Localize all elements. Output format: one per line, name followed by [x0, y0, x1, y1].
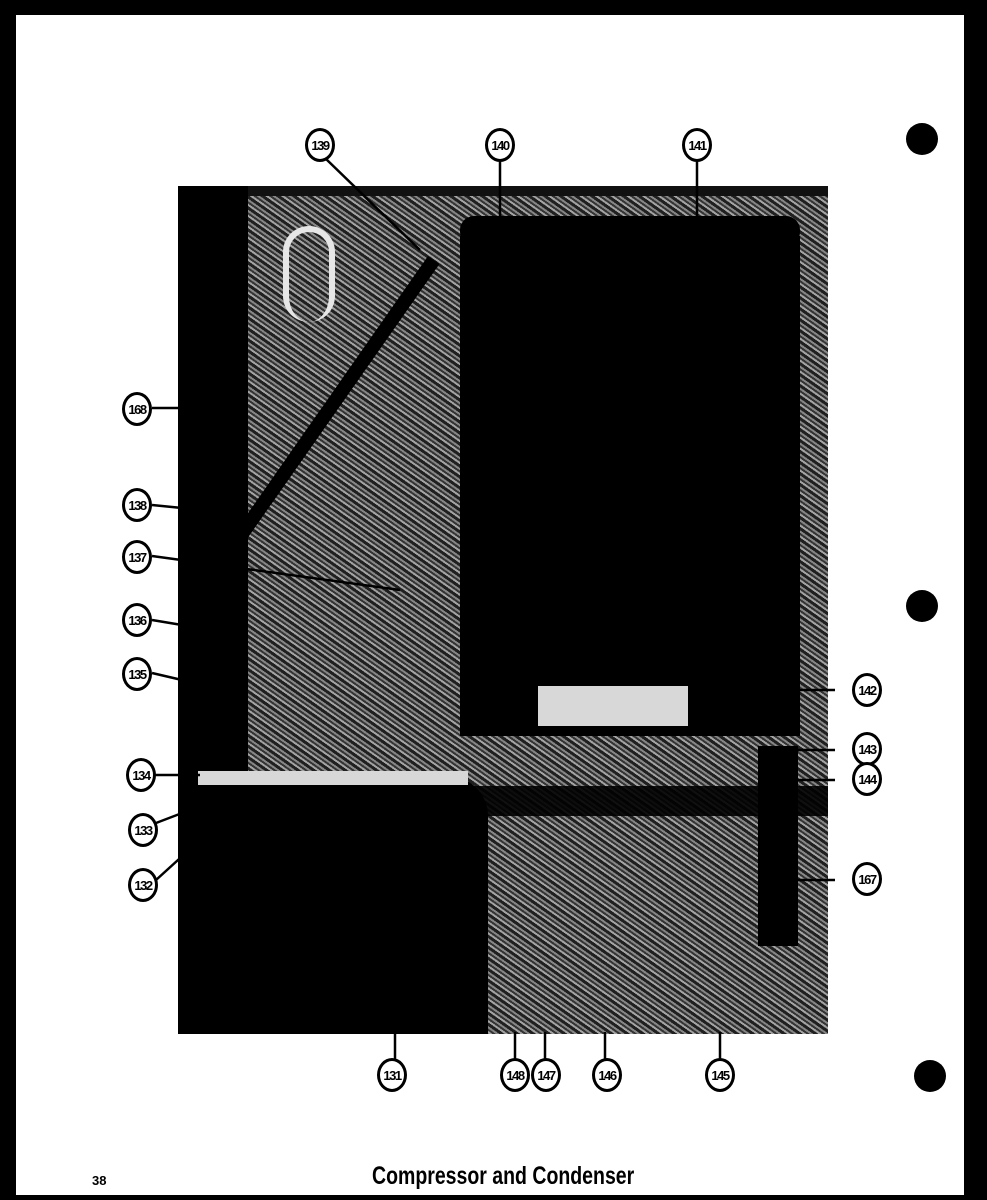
- callout-142: 142: [852, 673, 882, 707]
- callout-137: 137: [122, 540, 152, 574]
- callout-167: 167: [852, 862, 882, 896]
- callout-144: 144: [852, 762, 882, 796]
- figure-caption: Compressor and Condenser: [372, 1162, 634, 1191]
- callout-168: 168: [122, 392, 152, 426]
- callout-147: 147: [531, 1058, 561, 1092]
- callout-135: 135: [122, 657, 152, 691]
- callout-146: 146: [592, 1058, 622, 1092]
- callout-148: 148: [500, 1058, 530, 1092]
- callout-134: 134: [126, 758, 156, 792]
- binder-hole-top: [906, 123, 938, 155]
- callout-133: 133: [128, 813, 158, 847]
- callout-143: 143: [852, 732, 882, 766]
- callout-139: 139: [305, 128, 335, 162]
- page-number: 38: [92, 1173, 106, 1188]
- binder-hole-bottom: [914, 1060, 946, 1092]
- callout-132: 132: [128, 868, 158, 902]
- callout-145: 145: [705, 1058, 735, 1092]
- condenser-coil: [460, 236, 800, 736]
- callout-131: 131: [377, 1058, 407, 1092]
- binder-hole-middle: [906, 590, 938, 622]
- callout-140: 140: [485, 128, 515, 162]
- callout-136: 136: [122, 603, 152, 637]
- callout-141: 141: [682, 128, 712, 162]
- compressor-condenser-photo: [178, 186, 828, 1034]
- callout-138: 138: [122, 488, 152, 522]
